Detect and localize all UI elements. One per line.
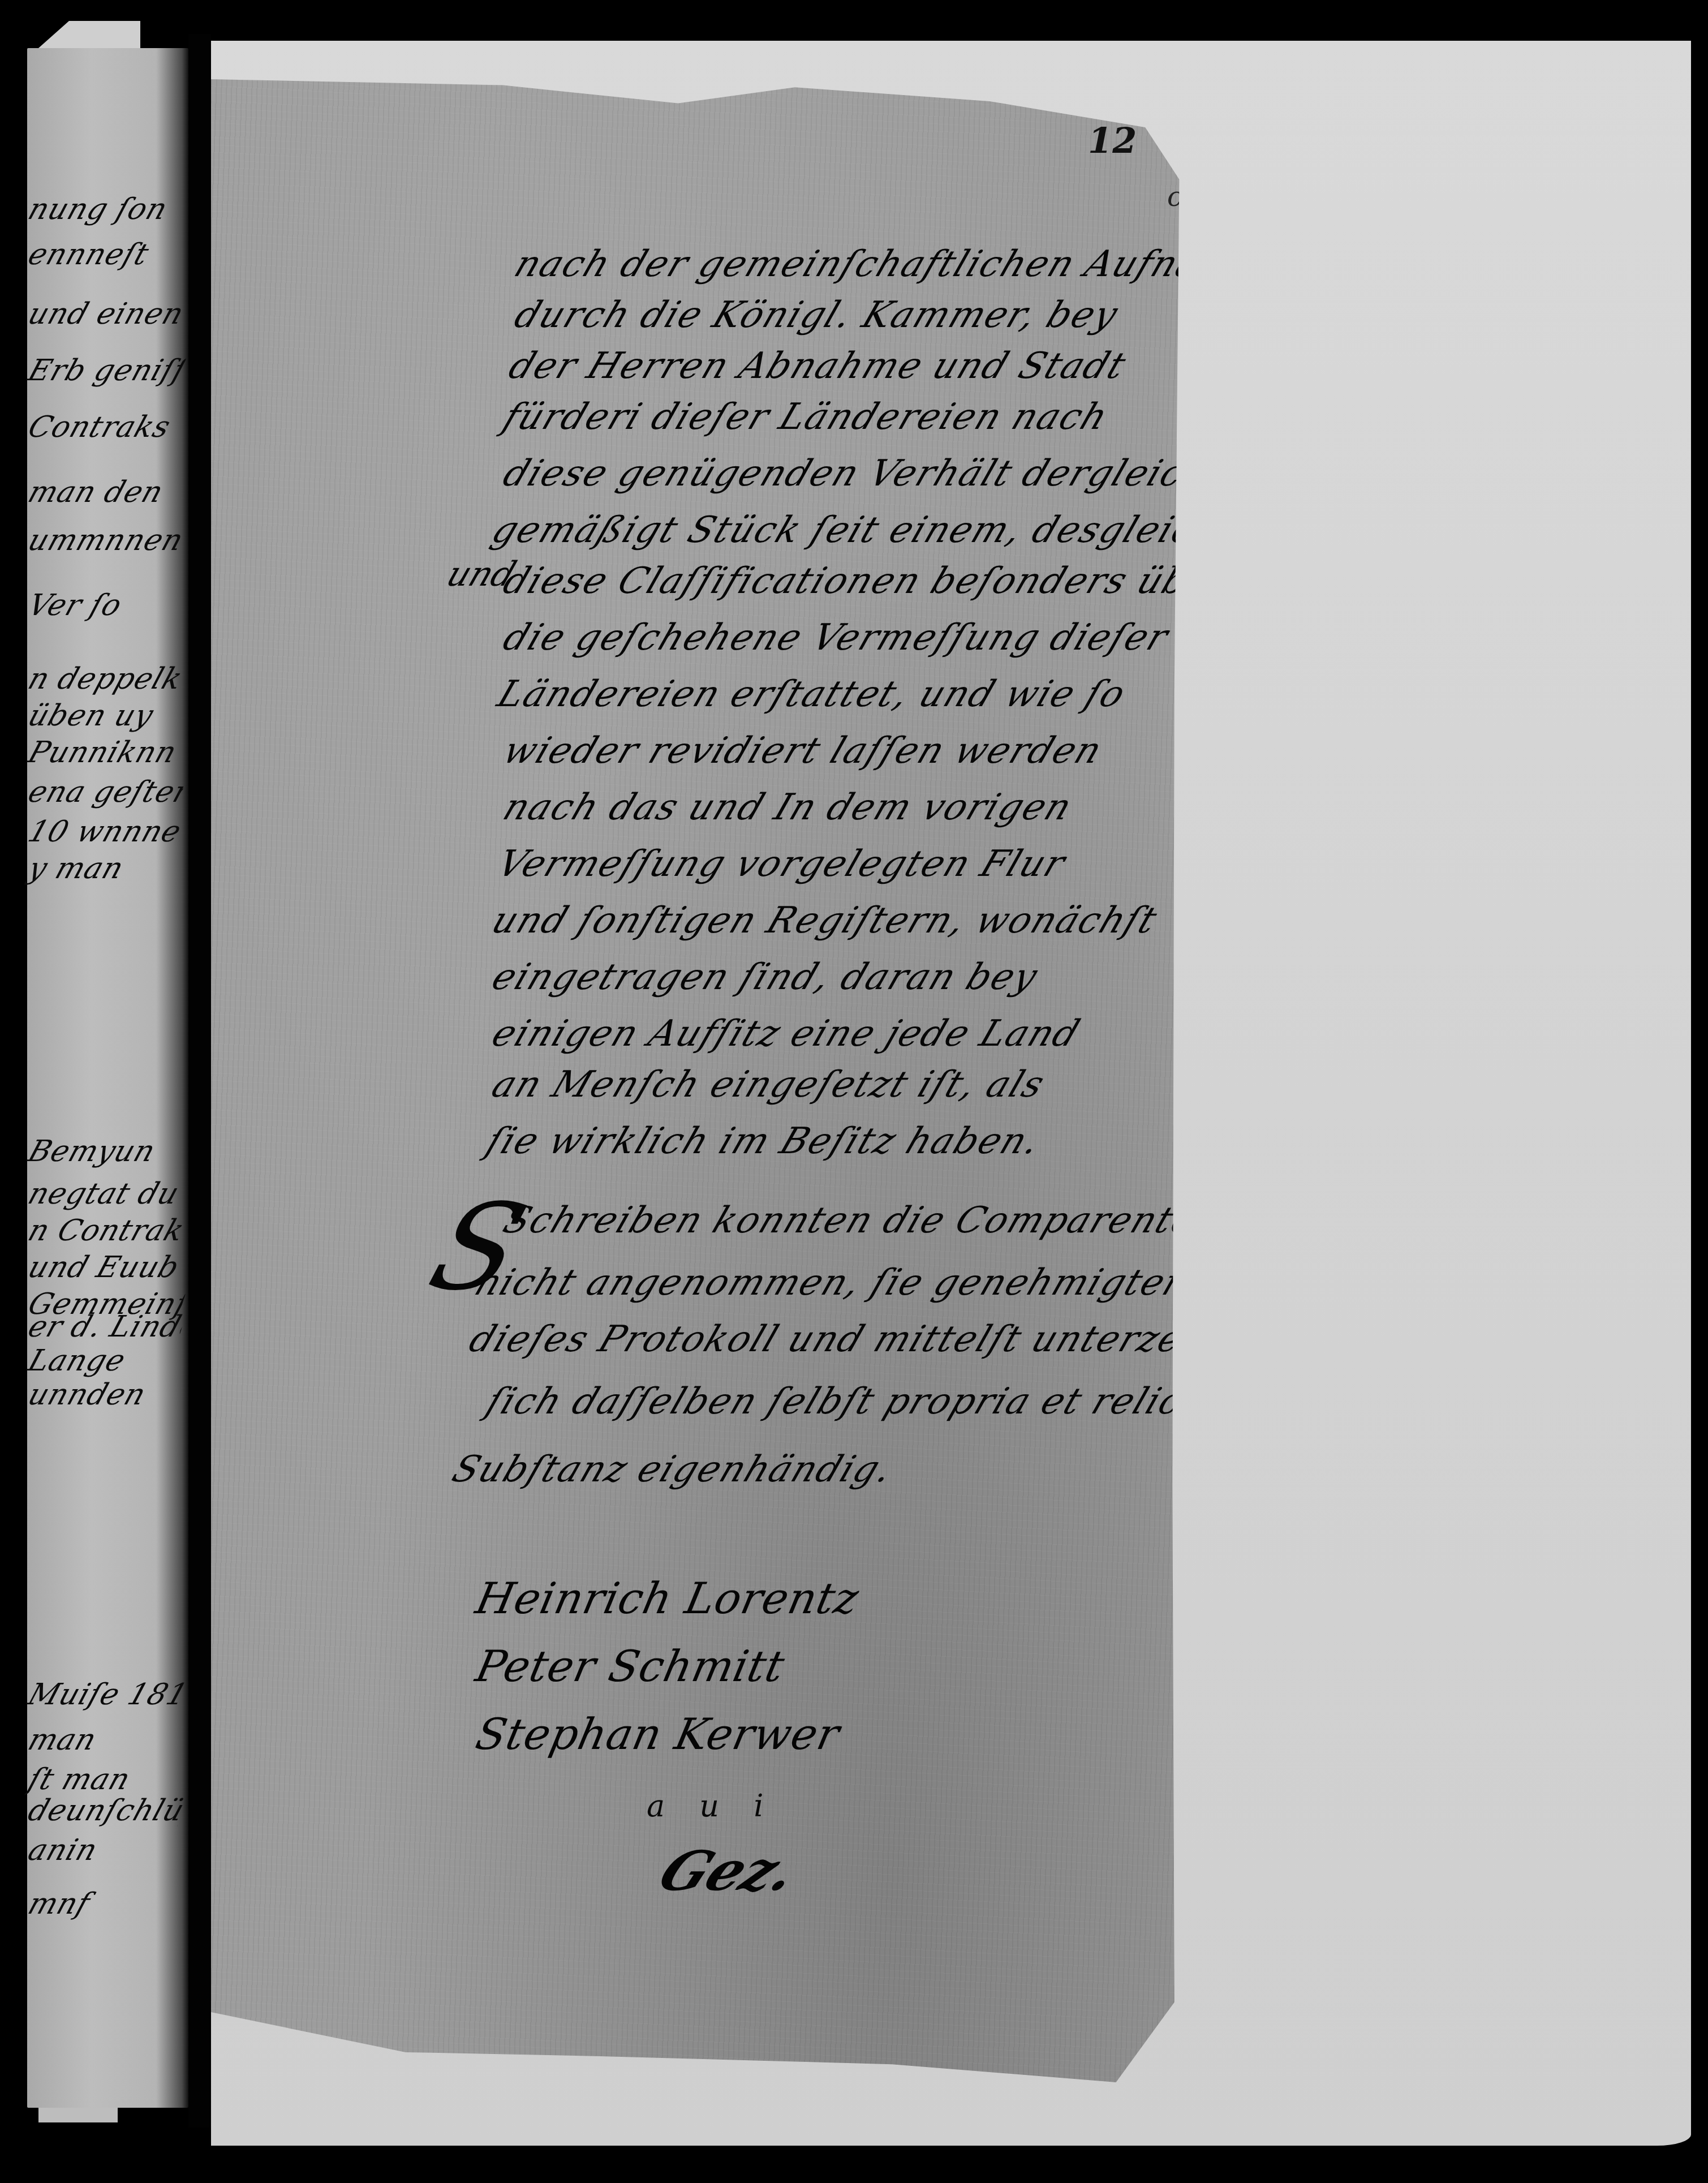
left-line: Lange: [24, 1344, 187, 1378]
left-line: y man: [24, 852, 187, 886]
left-page-fragment: nung ſon ennneſt und einen Erb geniſſ Co…: [27, 48, 188, 2108]
text-line: nicht angenommen, ſie genehmigten: [470, 1262, 1197, 1304]
signature-peter-schmitt: Peter Schmitt: [472, 1641, 790, 1691]
left-line: er d. Linde: [24, 1310, 187, 1344]
main-document-page: 12 c und nach der gemeinſchaftlichen Auf…: [211, 79, 1184, 2082]
signature-stephan-kerwer: Stephan Kerwer: [472, 1709, 845, 1759]
left-line: Muiſe 1810: [24, 1678, 187, 1712]
left-line: Bemyun: [24, 1135, 187, 1168]
left-line: n deppelk: [24, 662, 187, 696]
text-line: der Herren Abnahme und Stadt: [504, 345, 1133, 387]
text-line: und ſonſtigen Regiſtern, wonächſt: [487, 900, 1164, 942]
text-line: wieder revidiert laſſen werden: [498, 730, 1109, 772]
left-page-top-tab: [38, 21, 140, 48]
left-line: und einen: [24, 297, 187, 331]
text-line: an Menſch eingeſetzt iſt, als: [487, 1064, 1051, 1106]
text-line: eingetragen ſind, daran bey: [487, 956, 1044, 998]
text-line: Vermeſſung vorgelegten Flur: [492, 843, 1072, 885]
left-line: unnden: [24, 1378, 187, 1412]
signature-closing-mark: a u i: [647, 1788, 776, 1824]
text-line: Schreiben konnten die Comparenten: [498, 1200, 1228, 1241]
text-line: durch die Königl. Kammer, bey: [509, 294, 1125, 336]
left-line: und Euub: [24, 1251, 187, 1284]
left-line: n Contrak: [24, 1214, 187, 1248]
left-line: negtat du: [24, 1177, 187, 1211]
text-line: einigen Aufſitz eine jede Land: [487, 1013, 1086, 1055]
left-line: ennneſt: [24, 238, 187, 272]
left-line: ummnnen: [24, 523, 187, 557]
text-line: Ländereien erſtattet, und wie ſo: [492, 673, 1132, 715]
left-line: Punniknn: [24, 736, 187, 770]
text-line: diese Claſſificationen beſonders über: [498, 560, 1237, 602]
left-line: Contraks: [24, 410, 187, 444]
text-line: die geſchehene Vermeſſung dieſer: [498, 617, 1175, 659]
left-line: Erb geniſſ: [24, 354, 187, 388]
left-line: ſt man: [24, 1763, 187, 1797]
left-line: man: [24, 1723, 187, 1757]
text-line: ſich daſſelben ſelbſt propria et relicta: [481, 1381, 1228, 1423]
signature-heinrich-lorentz: Heinrich Lorentz: [472, 1573, 864, 1623]
text-line: Subſtanz eigenhändig.: [447, 1449, 900, 1490]
text-line: nach das und In dem vorigen: [498, 787, 1078, 828]
left-line: deunſchlüy: [24, 1794, 187, 1828]
binding-gutter: [188, 34, 211, 2128]
left-line: ena geſten: [24, 775, 187, 809]
text-line: gemäßigt Stück ſeit einem, desgleichen: [487, 509, 1274, 551]
text-line: fürderi dieſer Ländereien nach: [498, 396, 1115, 438]
left-line: üben uy: [24, 699, 187, 733]
text-line: diese genügenden Verhält dergleichen: [498, 453, 1262, 495]
left-page-bottom-tab: [38, 2108, 118, 2122]
left-line: Ver ſo: [24, 588, 187, 622]
left-line: 10 wnnnen: [24, 815, 187, 849]
left-line: man den: [24, 475, 187, 509]
protocol-body: und nach der gemeinſchaftlichen Aufnahme…: [211, 79, 1184, 2082]
left-line: nung ſon: [24, 192, 187, 226]
text-line: ſie wirklich im Beſitz haben.: [481, 1120, 1047, 1162]
left-line: anin: [24, 1833, 187, 1867]
left-line: mnf: [24, 1887, 187, 1921]
